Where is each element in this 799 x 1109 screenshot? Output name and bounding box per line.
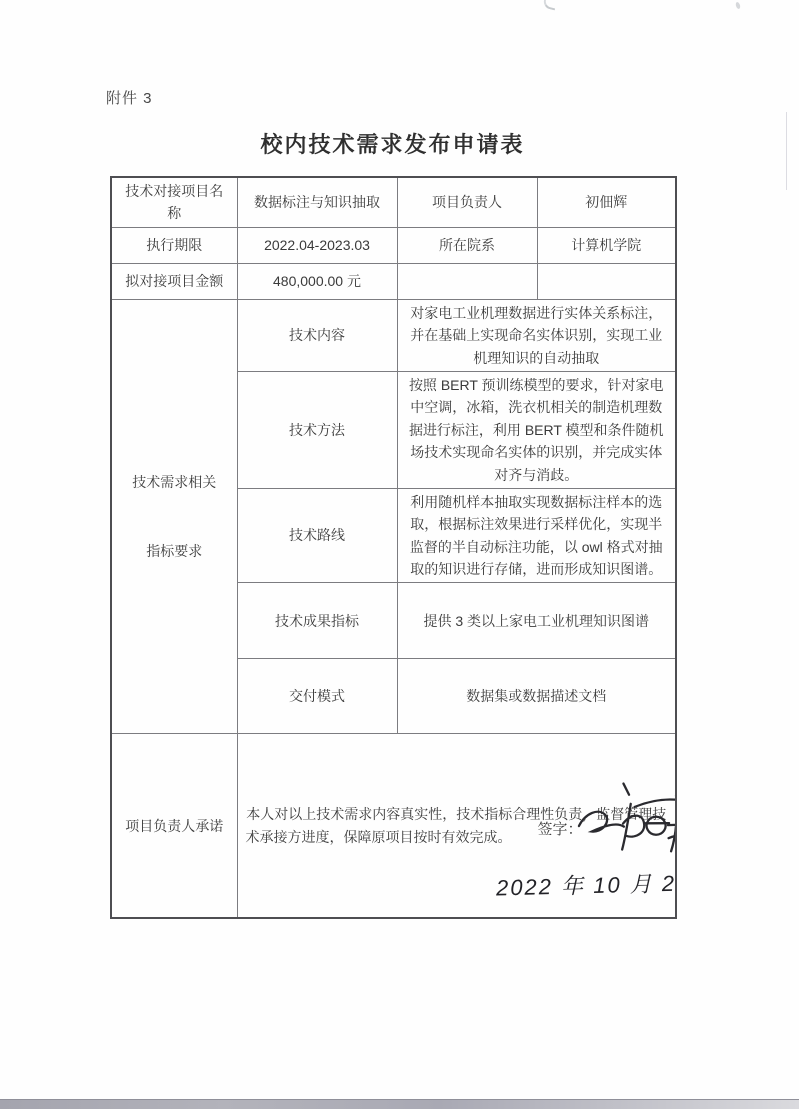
application-form-table: 技术对接项目名称 数据标注与知识抽取 项目负责人 初佃辉 执行期限 2022.0… (110, 176, 677, 919)
scan-speck (542, 0, 557, 10)
row-label-tech-route: 技术路线 (237, 488, 397, 583)
handwritten-signature-icon (574, 780, 676, 870)
table-row: 技术需求相关 指标要求 技术内容 对家电工业机理数据进行实体关系标注，并在基础上… (111, 299, 676, 371)
field-leader-value: 初佃辉 (537, 177, 676, 227)
field-department-label: 所在院系 (397, 227, 537, 263)
field-project-name-value: 数据标注与知识抽取 (237, 177, 397, 227)
table-row: 执行期限 2022.04-2023.03 所在院系 计算机学院 (111, 227, 676, 263)
tech-method-text: 按照 BERT 预训练模型的要求，针对家电中空调，冰箱，洗衣机相关的制造机理数据… (397, 371, 676, 488)
empty-cell (537, 263, 676, 299)
table-row: 项目负责人承诺 本人对以上技术需求内容真实性，技术指标合理性负责，监督管理技术承… (111, 734, 676, 918)
field-period-value: 2022.04-2023.03 (237, 227, 397, 263)
empty-cell (397, 263, 537, 299)
field-period-label: 执行期限 (111, 227, 237, 263)
side-label-line2: 指标要求 (146, 540, 202, 562)
scan-speck (735, 2, 741, 10)
field-amount-value: 480,000.00 元 (237, 263, 397, 299)
scan-edge-artifact (786, 112, 787, 190)
field-leader-label: 项目负责人 (397, 177, 537, 227)
field-department-value: 计算机学院 (537, 227, 676, 263)
scanned-document-page: 附件 3 校内技术需求发布申请表 技术对接项目名称 数据标注与知识抽取 项目负责… (0, 0, 799, 1109)
section-side-label: 技术需求相关 指标要求 (111, 299, 237, 734)
table-row: 技术对接项目名称 数据标注与知识抽取 项目负责人 初佃辉 (111, 177, 676, 227)
commitment-label: 项目负责人承诺 (111, 734, 237, 918)
row-label-tech-content: 技术内容 (237, 299, 397, 371)
field-project-name-label: 技术对接项目名称 (111, 177, 237, 227)
attachment-label: 附件 3 (106, 87, 153, 108)
commitment-cell: 本人对以上技术需求内容真实性，技术指标合理性负责，监督管理技术承接方进度，保障原… (237, 734, 676, 918)
scan-bottom-edge (0, 1099, 799, 1109)
field-amount-label: 拟对接项目金额 (111, 263, 237, 299)
handwritten-date: 2022 年 10 月 24 日 (495, 866, 676, 906)
row-label-tech-outcome: 技术成果指标 (237, 583, 397, 659)
delivery-mode-text: 数据集或数据描述文档 (397, 659, 676, 734)
row-label-delivery-mode: 交付模式 (237, 659, 397, 734)
tech-outcome-text: 提供 3 类以上家电工业机理知识图谱 (397, 583, 676, 659)
tech-route-text: 利用随机样本抽取实现数据标注样本的选取，根据标注效果进行采样优化，实现半监督的半… (397, 488, 676, 583)
row-label-tech-method: 技术方法 (237, 371, 397, 488)
tech-content-text: 对家电工业机理数据进行实体关系标注，并在基础上实现命名实体识别，实现工业机理知识… (397, 299, 676, 371)
side-label-line1: 技术需求相关 (132, 471, 216, 493)
table-row: 拟对接项目金额 480,000.00 元 (111, 263, 676, 299)
page-title: 校内技术需求发布申请表 (110, 128, 675, 159)
